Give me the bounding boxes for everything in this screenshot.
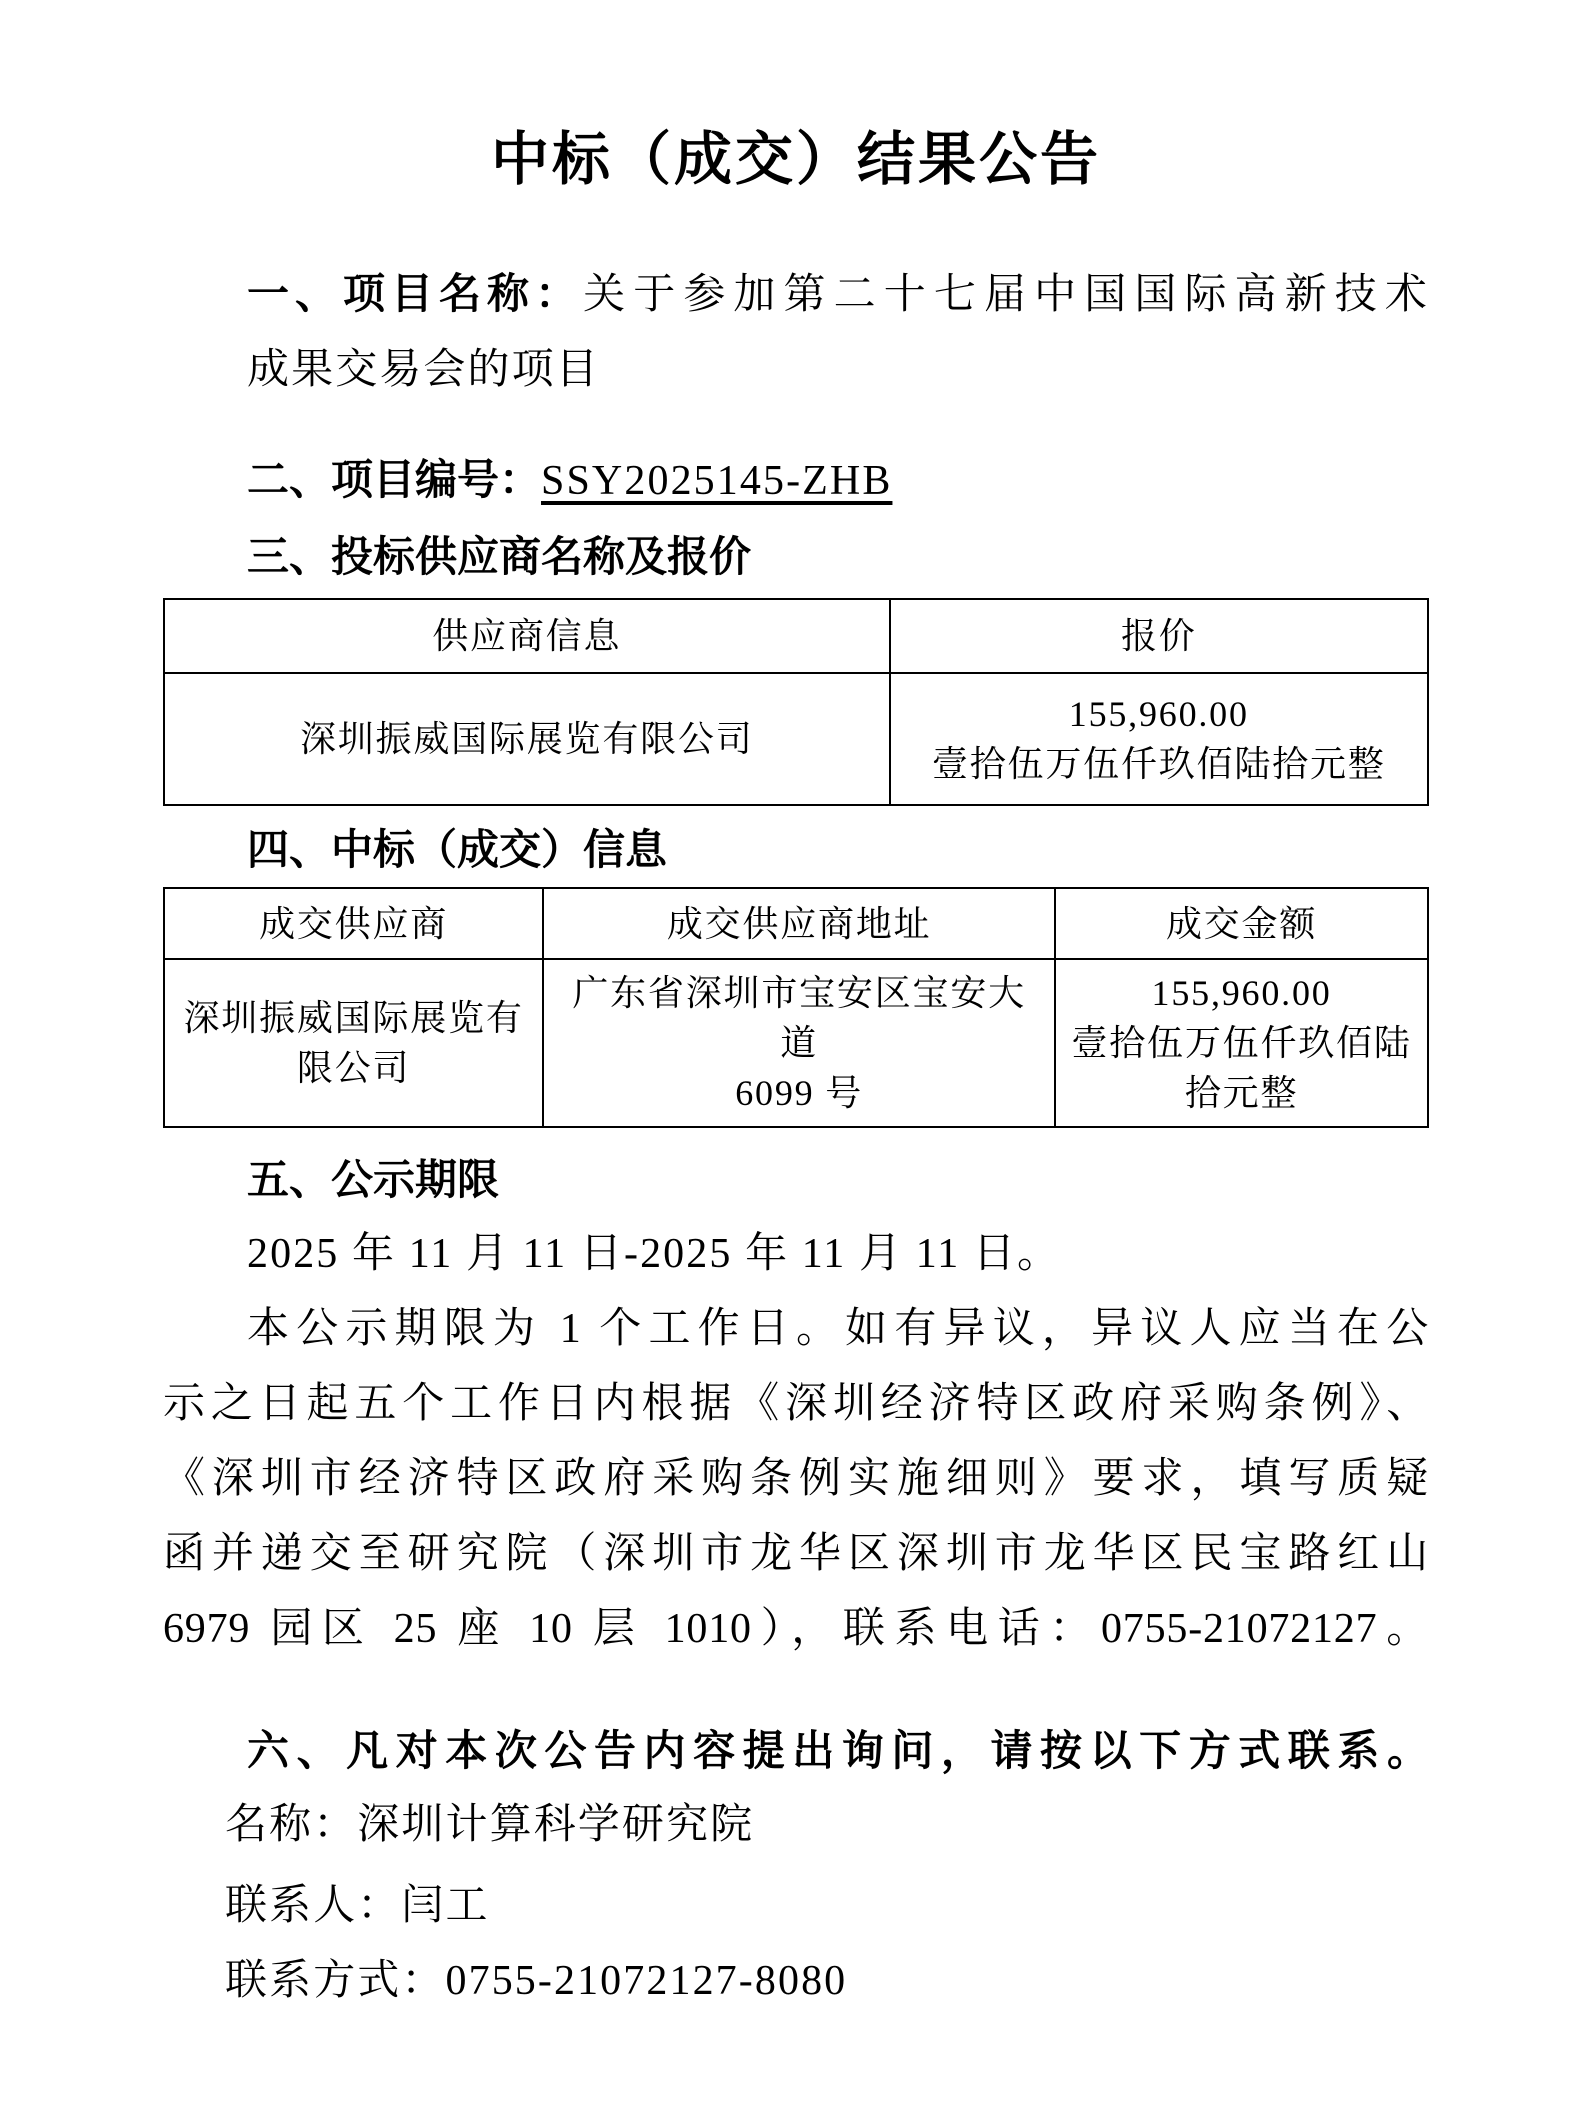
bid-table-data-row: 深圳振威国际展览有限公司 155,960.00 壹拾伍万伍仟玖佰陆拾元整 bbox=[164, 673, 1428, 805]
section-1-label: 一、项目名称： bbox=[247, 270, 583, 317]
document-page: 中标（成交）结果公告 一、项目名称：关于参加第二十七届中国国际高新技术 成果交易… bbox=[0, 0, 1587, 2126]
award-address-line1: 广东省深圳市宝安区宝安大道 bbox=[558, 968, 1040, 1068]
objection-paragraph-line5: 6979 园区 25 座 10 层 1010），联系电话：0755-210721… bbox=[163, 1592, 1429, 1667]
org-name-line: 名称：深圳计算科学研究院 bbox=[163, 1788, 1429, 1863]
section-6-heading: 六、凡对本次公告内容提出询问，请按以下方式联系。 bbox=[163, 1713, 1429, 1788]
award-table-header-row: 成交供应商 成交供应商地址 成交金额 bbox=[164, 888, 1428, 959]
award-table-header-address: 成交供应商地址 bbox=[543, 888, 1055, 959]
bid-supplier-cell: 深圳振威国际展览有限公司 bbox=[164, 673, 890, 805]
section-2-label: 二、项目编号： bbox=[247, 456, 541, 503]
section-2-project-number: 二、项目编号：SSY2025145-ZHB bbox=[163, 442, 1429, 519]
award-supplier-cell: 深圳振威国际展览有 限公司 bbox=[164, 959, 543, 1127]
bid-price-cell: 155,960.00 壹拾伍万伍仟玖佰陆拾元整 bbox=[890, 673, 1428, 805]
award-amount-words-line2: 拾元整 bbox=[1070, 1068, 1413, 1118]
award-address-line2: 6099 号 bbox=[558, 1068, 1040, 1118]
award-amount-number: 155,960.00 bbox=[1070, 968, 1413, 1018]
bid-table-header-supplier: 供应商信息 bbox=[164, 599, 890, 673]
bid-table-header-row: 供应商信息 报价 bbox=[164, 599, 1428, 673]
objection-paragraph-line4: 函并递交至研究院（深圳市龙华区深圳市龙华区民宝路红山 bbox=[163, 1517, 1429, 1592]
section-3-heading: 三、投标供应商名称及报价 bbox=[163, 519, 1429, 594]
objection-paragraph-line1: 本公示期限为 1 个工作日。如有异议，异议人应当在公 bbox=[163, 1292, 1429, 1367]
award-table-header-amount: 成交金额 bbox=[1055, 888, 1428, 959]
bid-table-header-price: 报价 bbox=[890, 599, 1428, 673]
section-1-project-name-line1: 一、项目名称：关于参加第二十七届中国国际高新技术 bbox=[163, 256, 1429, 333]
award-amount-words-line1: 壹拾伍万伍仟玖佰陆 bbox=[1070, 1018, 1413, 1068]
objection-paragraph: 本公示期限为 1 个工作日。如有异议，异议人应当在公 示之日起五个工作日内根据《… bbox=[163, 1292, 1429, 1667]
project-number-value: SSY2025145-ZHB bbox=[541, 458, 892, 504]
publicity-period-dates: 2025 年 11 月 11 日-2025 年 11 月 11 日。 bbox=[163, 1217, 1429, 1292]
section-1-value-line1: 关于参加第二十七届中国国际高新技术 bbox=[583, 272, 1429, 318]
section-5-heading: 五、公示期限 bbox=[163, 1142, 1429, 1217]
award-table-data-row: 深圳振威国际展览有 限公司 广东省深圳市宝安区宝安大道 6099 号 155,9… bbox=[164, 959, 1428, 1127]
award-amount-cell: 155,960.00 壹拾伍万伍仟玖佰陆 拾元整 bbox=[1055, 959, 1428, 1127]
award-info-table: 成交供应商 成交供应商地址 成交金额 深圳振威国际展览有 限公司 广东省深圳市宝… bbox=[163, 887, 1429, 1128]
bid-price-amount: 155,960.00 bbox=[905, 689, 1413, 739]
contact-person-line: 联系人：闫工 bbox=[163, 1869, 1429, 1944]
objection-paragraph-line3: 《深圳市经济特区政府采购条例实施细则》要求，填写质疑 bbox=[163, 1442, 1429, 1517]
bid-suppliers-table: 供应商信息 报价 深圳振威国际展览有限公司 155,960.00 壹拾伍万伍仟玖… bbox=[163, 598, 1429, 806]
objection-paragraph-line2: 示之日起五个工作日内根据《深圳经济特区政府采购条例》、 bbox=[163, 1367, 1429, 1442]
section-4-heading: 四、中标（成交）信息 bbox=[163, 812, 1429, 887]
page-title: 中标（成交）结果公告 bbox=[163, 120, 1429, 200]
contact-phone-line: 联系方式：0755-21072127-8080 bbox=[163, 1944, 1429, 2019]
award-table-header-supplier: 成交供应商 bbox=[164, 888, 543, 959]
award-supplier-line2: 限公司 bbox=[179, 1043, 528, 1093]
award-supplier-line1: 深圳振威国际展览有 bbox=[179, 993, 528, 1043]
award-address-cell: 广东省深圳市宝安区宝安大道 6099 号 bbox=[543, 959, 1055, 1127]
section-1-value-line2: 成果交易会的项目 bbox=[163, 333, 1429, 408]
bid-price-amount-words: 壹拾伍万伍仟玖佰陆拾元整 bbox=[905, 739, 1413, 789]
